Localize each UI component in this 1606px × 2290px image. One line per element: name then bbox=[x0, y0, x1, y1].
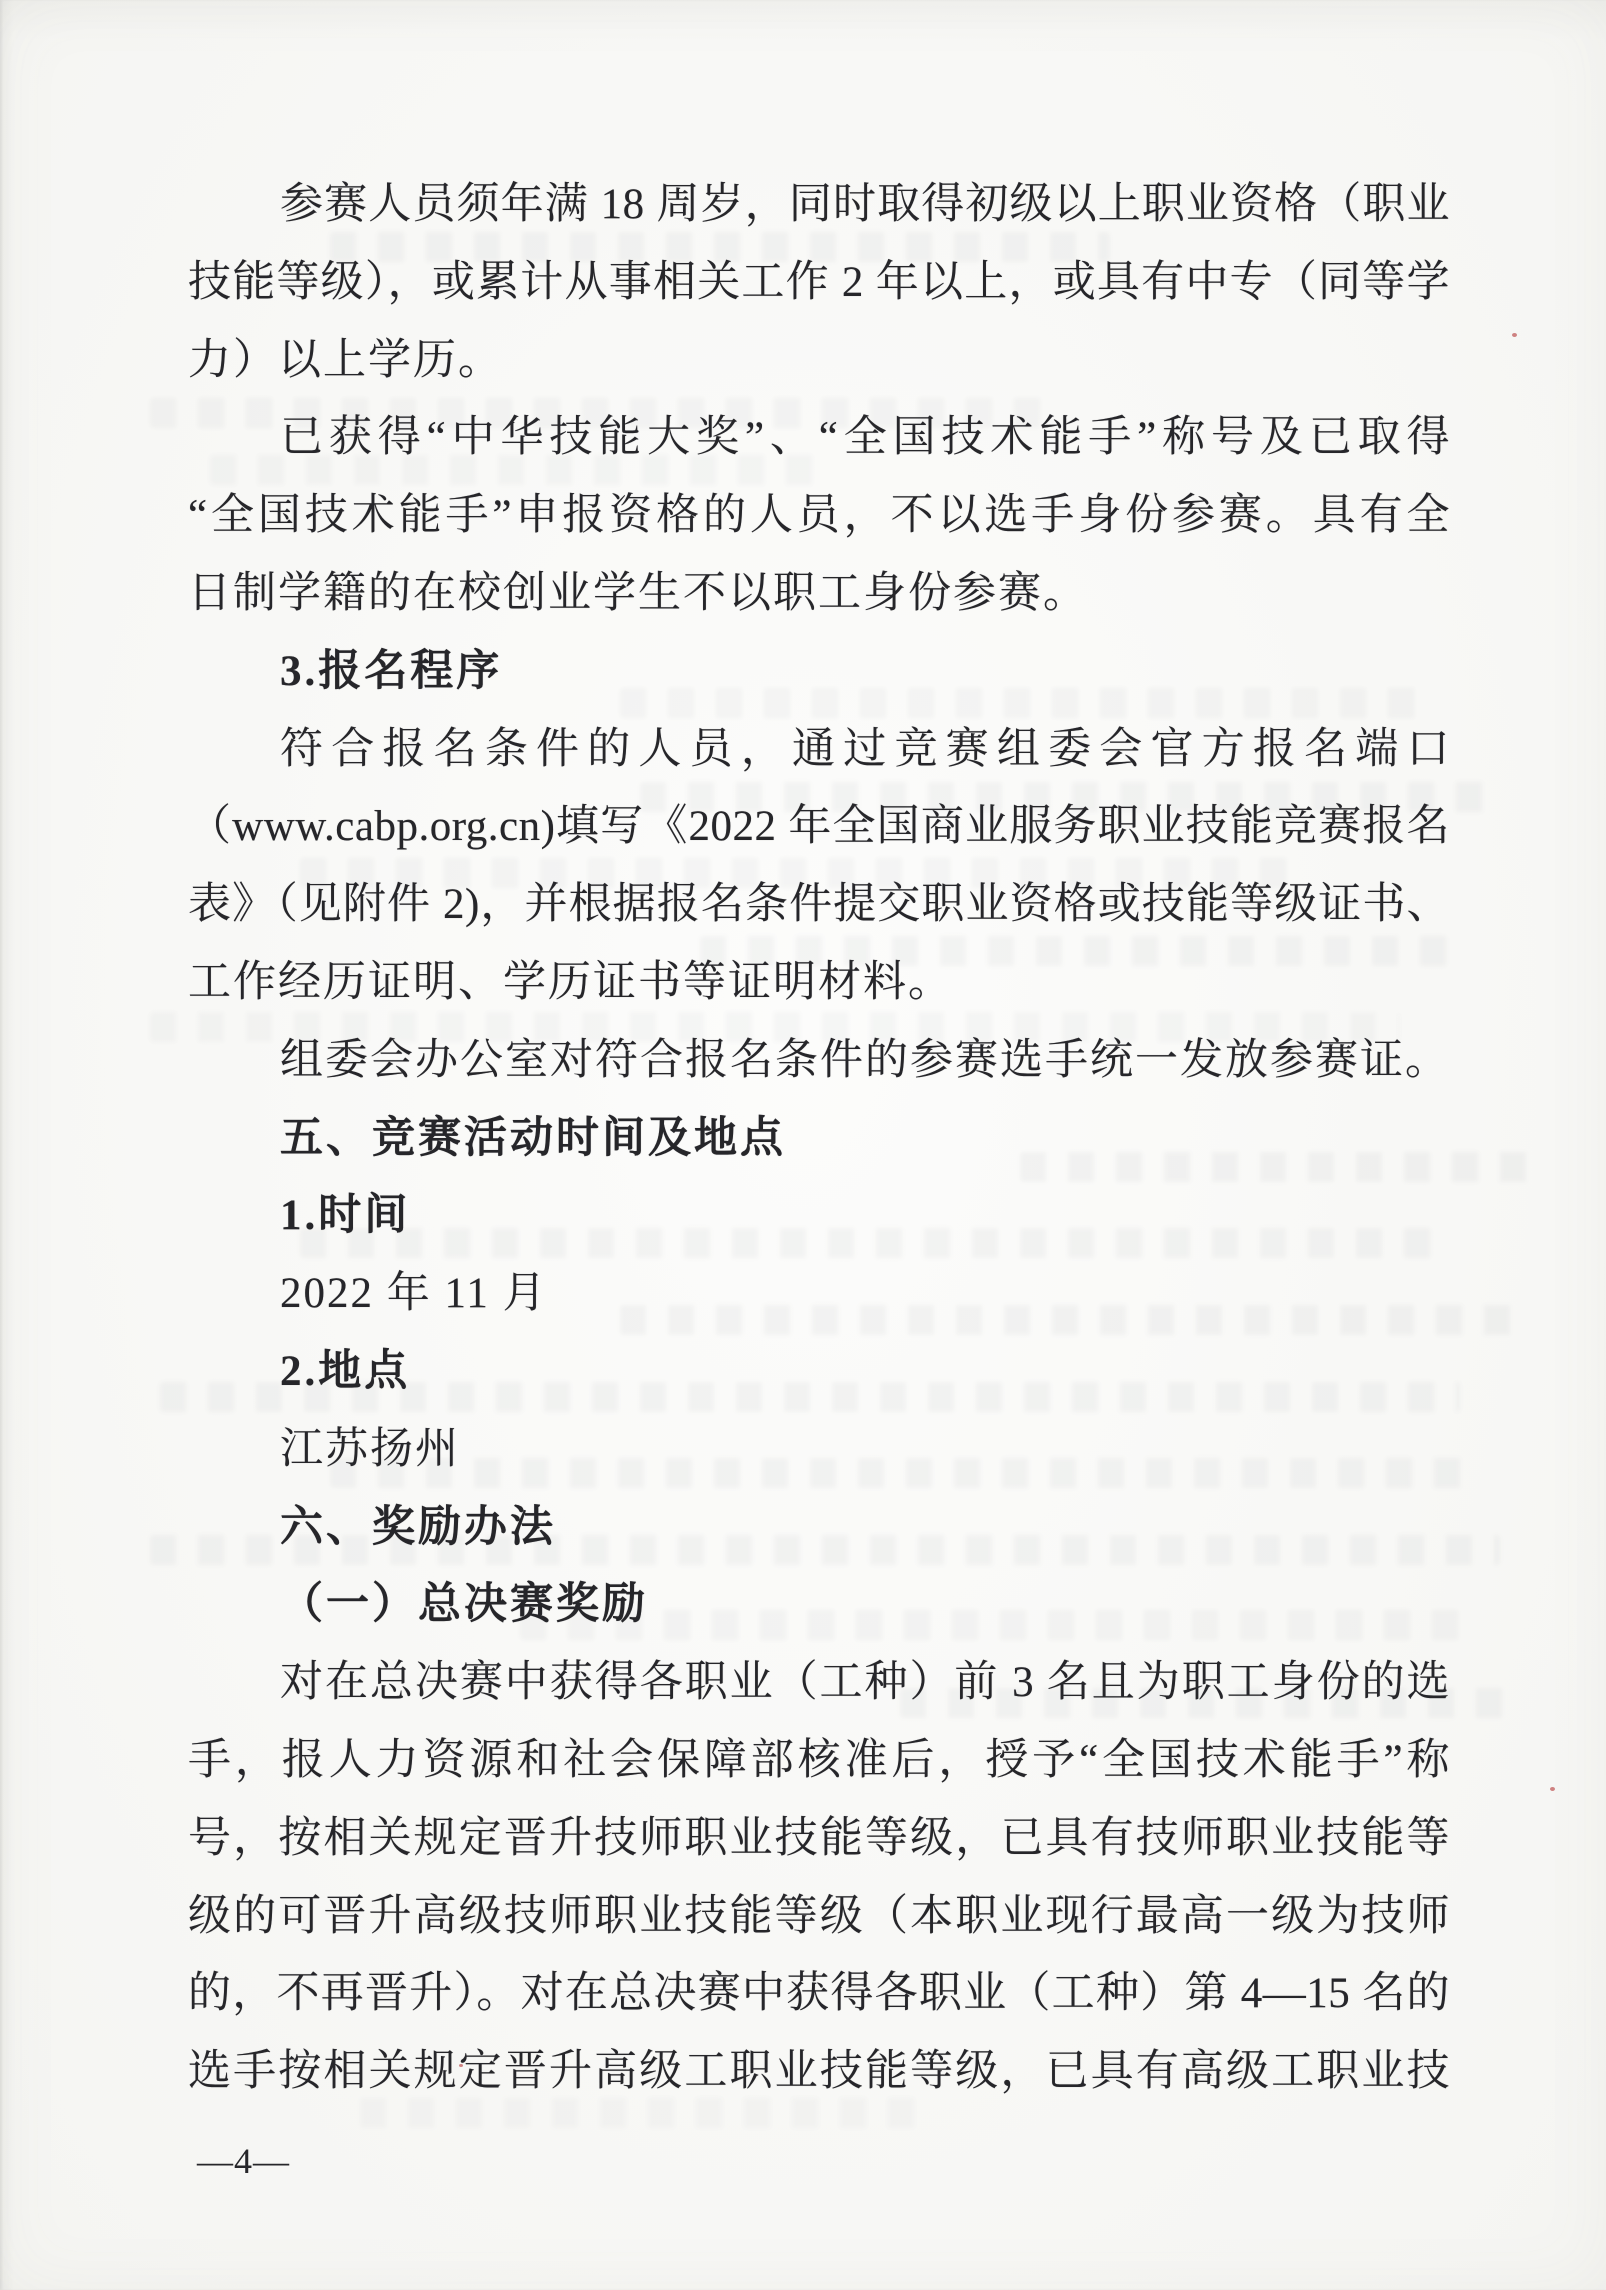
text-line: 六、奖励办法 bbox=[188, 1489, 1450, 1567]
text-line: 工作经历证明、学历证书等证明材料。 bbox=[188, 944, 1450, 1022]
text-line: “全国技术能手”申报资格的人员，不以选手身份参赛。具有全 bbox=[188, 477, 1450, 555]
text-line: 组委会办公室对符合报名条件的参赛选手统一发放参赛证。 bbox=[188, 1022, 1450, 1100]
text-line: 2022 年 11 月 bbox=[188, 1255, 1450, 1333]
text-line: 表》（见附件 2)，并根据报名条件提交职业资格或技能等级证书、 bbox=[188, 866, 1450, 944]
text-line: 五、竞赛活动时间及地点 bbox=[188, 1100, 1450, 1178]
text-line: 已获得“中华技能大奖”、“全国技术能手”称号及已取得 bbox=[188, 399, 1450, 477]
text-line: （一）总决赛奖励 bbox=[188, 1566, 1450, 1644]
text-line: 3.报名程序 bbox=[188, 633, 1450, 711]
page-number: —4— bbox=[188, 2139, 1450, 2183]
text-line: 参赛人员须年满 18 周岁，同时取得初级以上职业资格（职业 bbox=[188, 166, 1450, 244]
text-line: 1.时间 bbox=[188, 1177, 1450, 1255]
text-line: 手，报人力资源和社会保障部核准后，授予“全国技术能手”称 bbox=[188, 1722, 1450, 1800]
document-page: 参赛人员须年满 18 周岁，同时取得初级以上职业资格（职业技能等级），或累计从事… bbox=[0, 0, 1606, 2290]
text-line: 江苏扬州 bbox=[188, 1411, 1450, 1489]
text-line: 符合报名条件的人员，通过竞赛组委会官方报名端口 bbox=[188, 711, 1450, 789]
scan-speck bbox=[1550, 1787, 1555, 1791]
text-line: 2.地点 bbox=[188, 1333, 1450, 1411]
text-line: 对在总决赛中获得各职业（工种）前 3 名且为职工身份的选 bbox=[188, 1644, 1450, 1722]
text-line: 技能等级），或累计从事相关工作 2 年以上，或具有中专（同等学 bbox=[188, 244, 1450, 322]
text-line: 的，不再晋升）。对在总决赛中获得各职业（工种）第 4—15 名的 bbox=[188, 1955, 1450, 2033]
text-line: 选手按相关规定晋升高级工职业技能等级，已具有高级工职业技 bbox=[188, 2033, 1450, 2111]
text-line: （www.cabp.org.cn)填写《2022 年全国商业服务职业技能竞赛报名 bbox=[188, 788, 1450, 866]
text-line: 日制学籍的在校创业学生不以职工身份参赛。 bbox=[188, 555, 1450, 633]
text-line: 力）以上学历。 bbox=[188, 322, 1450, 400]
document-body: 参赛人员须年满 18 周岁，同时取得初级以上职业资格（职业技能等级），或累计从事… bbox=[188, 166, 1450, 2183]
scan-speck bbox=[1512, 333, 1517, 337]
text-line: 号，按相关规定晋升技师职业技能等级，已具有技师职业技能等 bbox=[188, 1800, 1450, 1878]
text-line: 级的可晋升高级技师职业技能等级（本职业现行最高一级为技师 bbox=[188, 1878, 1450, 1956]
